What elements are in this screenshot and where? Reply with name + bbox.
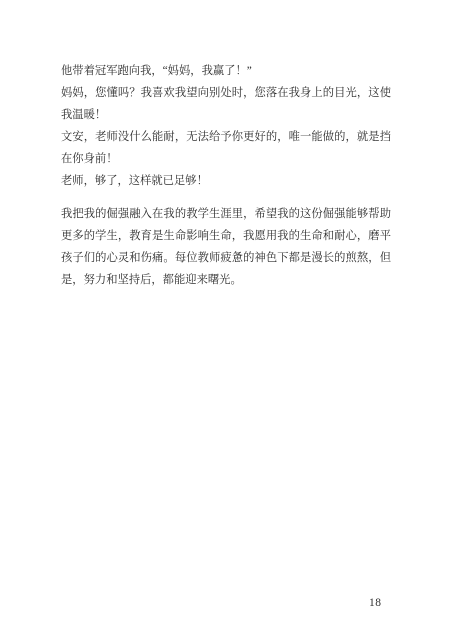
paragraph: 他带着冠军跑向我，“妈妈，我赢了！” [61, 60, 391, 82]
paragraph: 文安，老师没什么能耐，无法给予你更好的，唯一能做的，就是挡在你身前！ [61, 126, 391, 170]
document-page: 他带着冠军跑向我，“妈妈，我赢了！” 妈妈，您懂吗？我喜欢我望向别处时，您落在我… [0, 0, 450, 640]
text-block: 他带着冠军跑向我，“妈妈，我赢了！” 妈妈，您懂吗？我喜欢我望向别处时，您落在我… [61, 60, 391, 291]
paragraph: 妈妈，您懂吗？我喜欢我望向别处时，您落在我身上的目光，这使我温暖！ [61, 82, 391, 126]
paragraph: 老师，够了，这样就已足够！ [61, 170, 391, 192]
paragraph: 我把我的倔强融入在我的教学生涯里，希望我的这份倔强能够帮助更多的学生，教育是生命… [61, 203, 391, 291]
page-number: 18 [369, 596, 382, 610]
